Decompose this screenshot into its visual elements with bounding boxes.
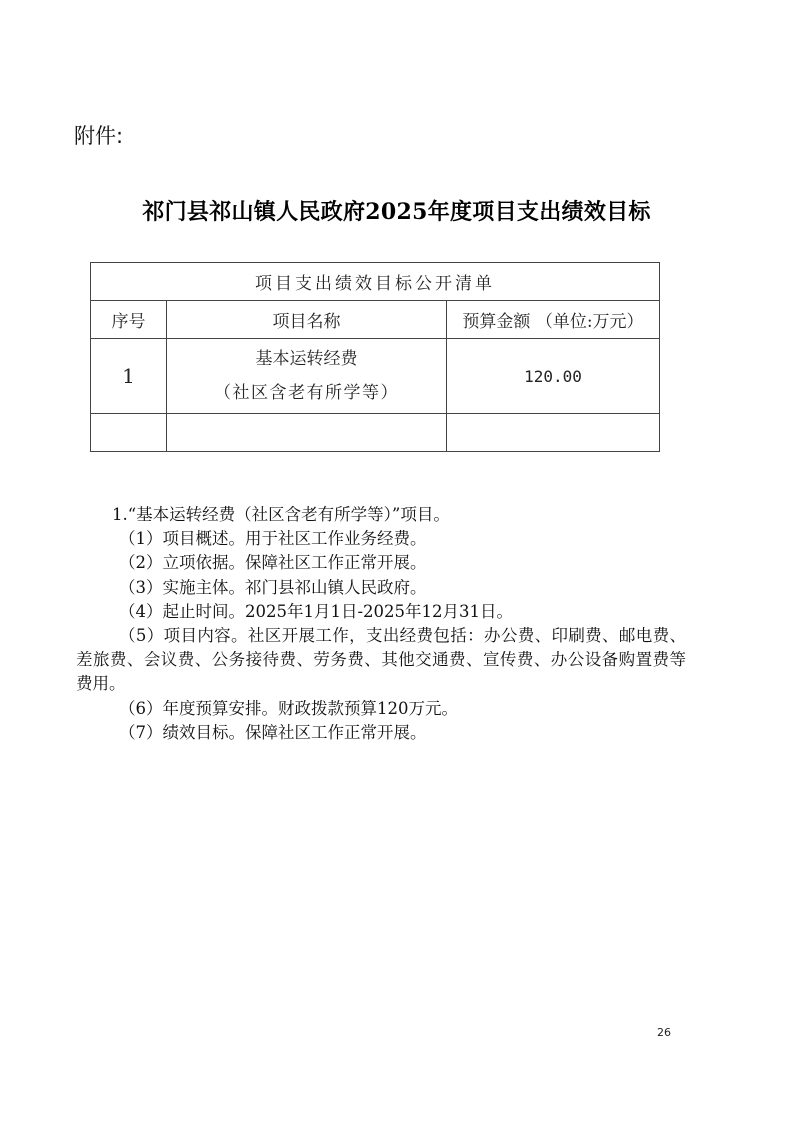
item-content: （5）项目内容。社区开展工作，支出经费包括：办公费、印刷费、邮电费、差旅费、会议… — [76, 624, 686, 697]
table-row-empty — [91, 414, 660, 452]
page-number: 26 — [657, 1026, 671, 1039]
cell-seq — [91, 414, 167, 452]
header-seq: 序号 — [91, 301, 167, 339]
item-target: （7）绩效目标。保障社区工作正常开展。 — [76, 721, 686, 745]
table-caption: 项目支出绩效目标公开清单 — [91, 263, 660, 301]
document-title: 祁门县祁山镇人民政府2025年度项目支出绩效目标 — [0, 195, 793, 226]
header-project-name: 项目名称 — [167, 301, 447, 339]
cell-amount — [447, 414, 660, 452]
cell-project-name — [167, 414, 447, 452]
item-period: （4）起止时间。2025年1月1日-2025年12月31日。 — [76, 600, 686, 624]
table-row: 1 基本运转经费 （社区含老有所学等） 120.00 — [91, 339, 660, 414]
table-caption-row: 项目支出绩效目标公开清单 — [91, 263, 660, 301]
item-implementer: （3）实施主体。祁门县祁山镇人民政府。 — [76, 576, 686, 600]
cell-amount: 120.00 — [447, 339, 660, 414]
attachment-label: 附件: — [74, 120, 123, 150]
table-header-row: 序号 项目名称 预算金额 （单位:万元） — [91, 301, 660, 339]
project-name-line2: （社区含老有所学等） — [167, 376, 446, 410]
item-overview: （1）项目概述。用于社区工作业务经费。 — [76, 527, 686, 551]
project-name-line1: 基本运转经费 — [167, 342, 446, 376]
project-description: 1.“基本运转经费（社区含老有所学等）”项目。 （1）项目概述。用于社区工作业务… — [76, 503, 686, 745]
item-budget: （6）年度预算安排。财政拨款预算120万元。 — [76, 697, 686, 721]
item-basis: （2）立项依据。保障社区工作正常开展。 — [76, 551, 686, 575]
performance-target-table: 项目支出绩效目标公开清单 序号 项目名称 预算金额 （单位:万元） 1 基本运转… — [90, 262, 660, 452]
cell-project-name: 基本运转经费 （社区含老有所学等） — [167, 339, 447, 414]
header-budget: 预算金额 （单位:万元） — [447, 301, 660, 339]
section-heading: 1.“基本运转经费（社区含老有所学等）”项目。 — [76, 503, 686, 527]
cell-seq: 1 — [91, 339, 167, 414]
